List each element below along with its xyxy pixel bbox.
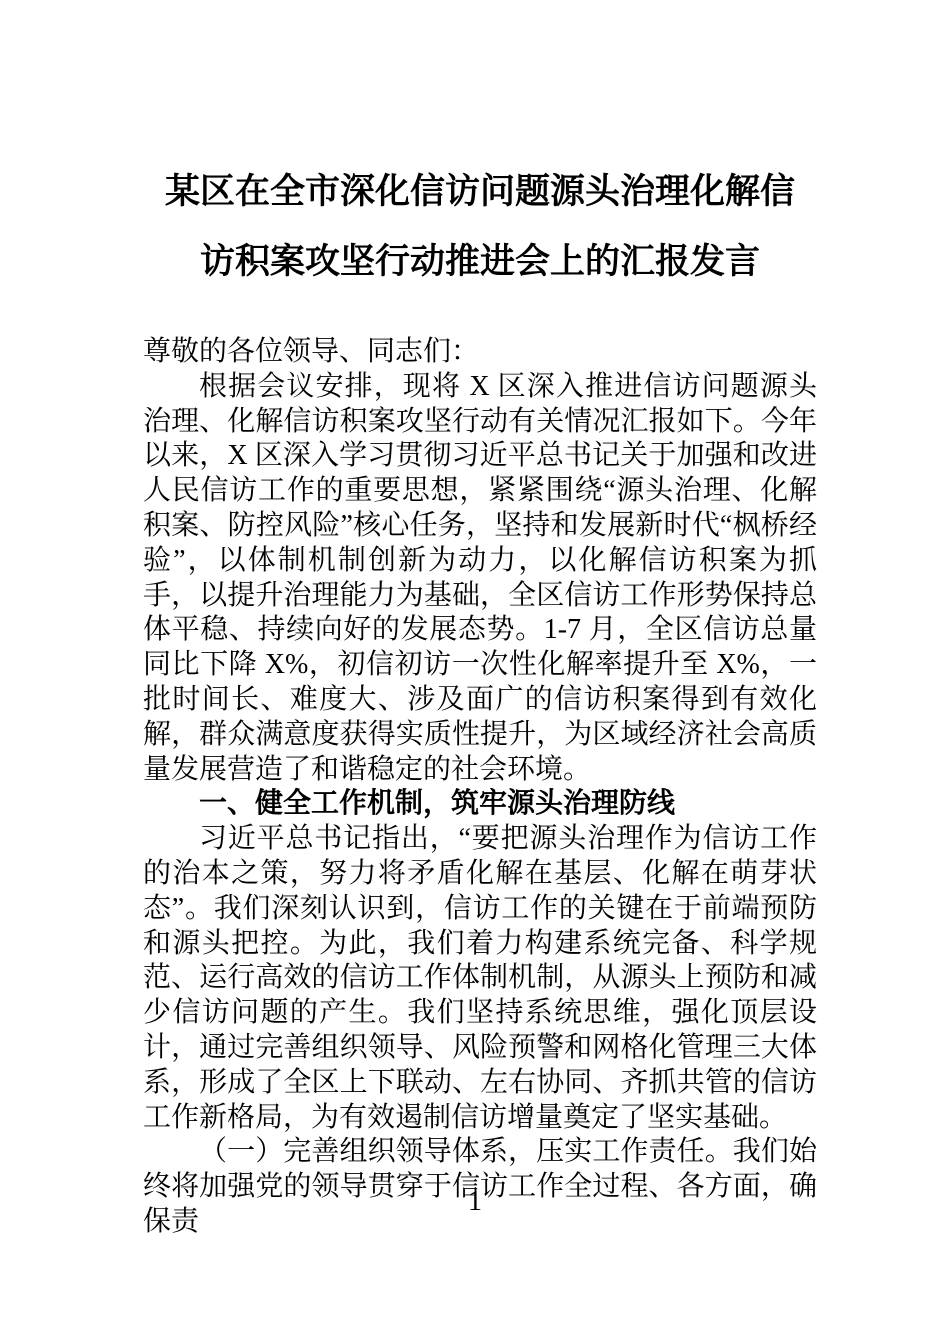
section-1-paragraph: 习近平总书记指出，“要把源头治理作为信访工作的治本之策，努力将矛盾化解在基层、化… (143, 822, 817, 1135)
salutation-paragraph: 尊敬的各位领导、同志们： (143, 335, 817, 370)
document-page: 某区在全市深化信访问题源头治理化解信 访积案攻坚行动推进会上的汇报发言 尊敬的各… (0, 0, 950, 1344)
document-title: 某区在全市深化信访问题源头治理化解信 访积案攻坚行动推进会上的汇报发言 (143, 157, 817, 297)
page-number: 1 (0, 1186, 950, 1218)
section-heading-1: 一、健全工作机制，筑牢源头治理防线 (143, 787, 817, 822)
intro-paragraph: 根据会议安排，现将 X 区深入推进信访问题源头治理、化解信访积案攻坚行动有关情况… (143, 370, 817, 788)
document-title-line-2: 访积案攻坚行动推进会上的汇报发言 (143, 227, 817, 297)
document-title-line-1: 某区在全市深化信访问题源头治理化解信 (143, 157, 817, 227)
document-body: 尊敬的各位领导、同志们： 根据会议安排，现将 X 区深入推进信访问题源头治理、化… (143, 335, 817, 1240)
